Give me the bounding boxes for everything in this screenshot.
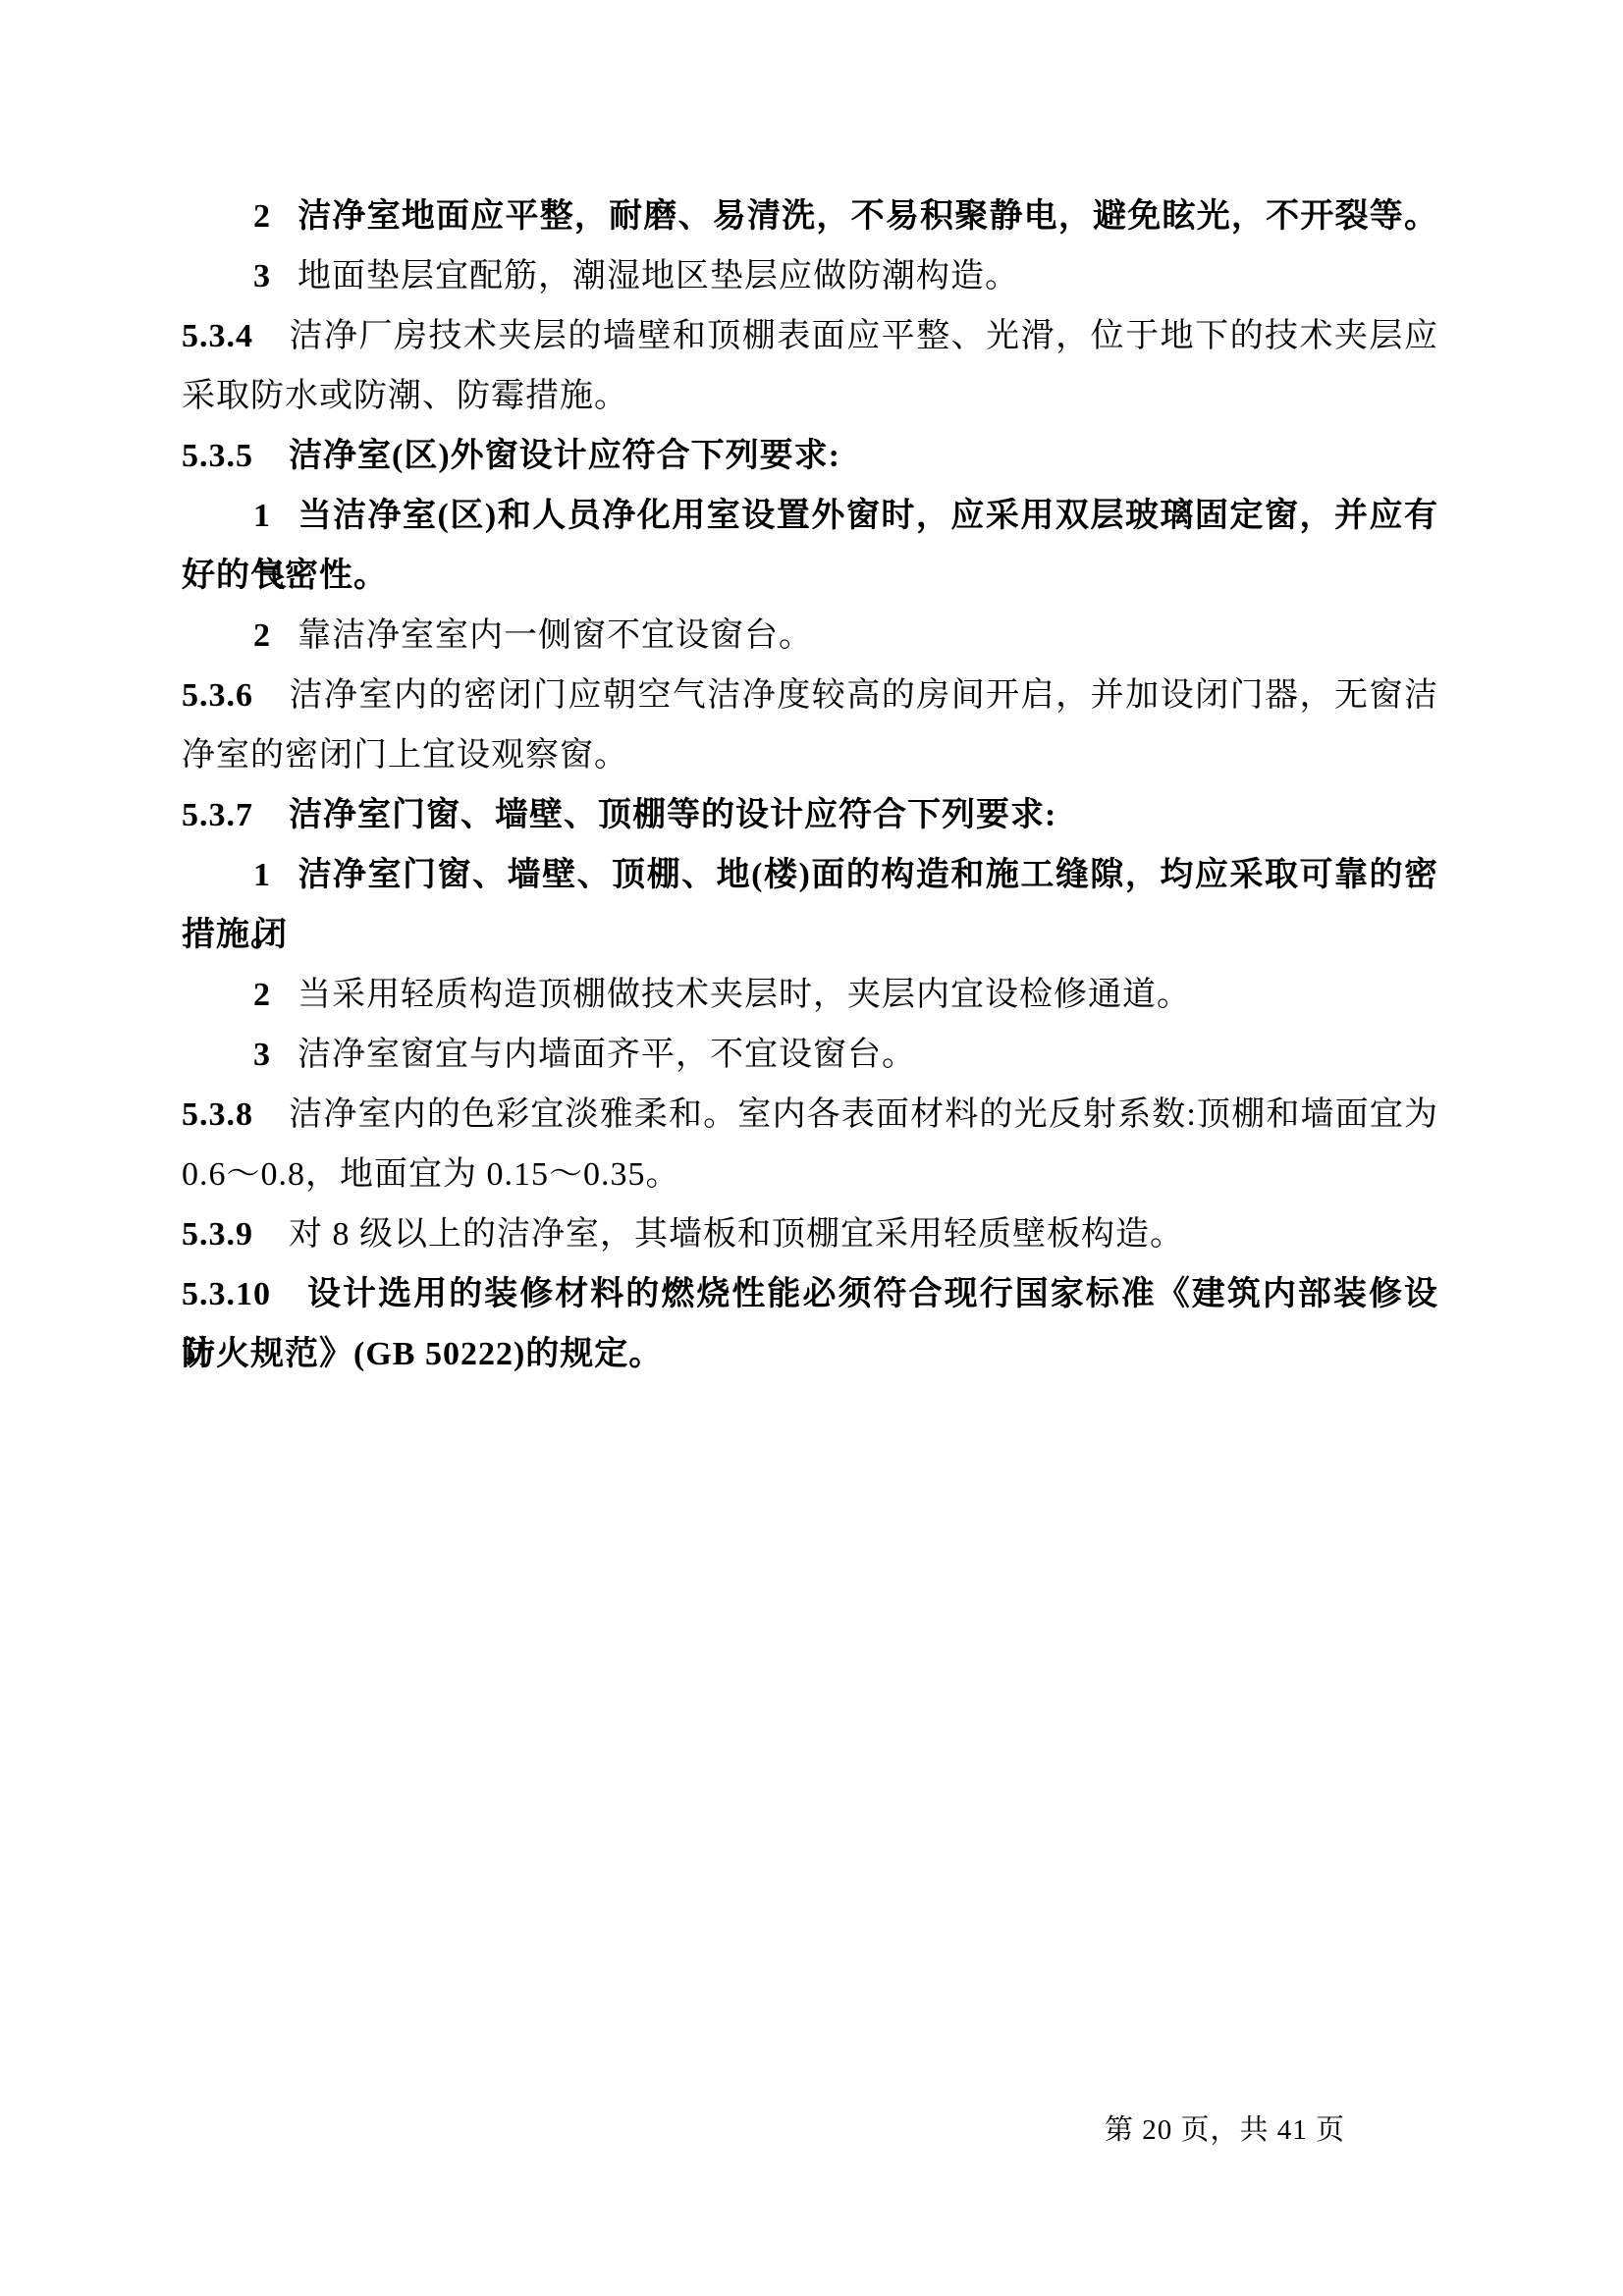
item-number: 3 (253, 258, 271, 294)
text-line: 措施。 (182, 905, 1438, 965)
item-number: 2 (253, 617, 271, 654)
text-line: 5.3.8洁净室内的色彩宜淡雅柔和。室内各表面材料的光反射系数:顶棚和墙面宜为 (182, 1085, 1438, 1145)
text-line: 5.3.7洁净室门窗、墙壁、顶棚等的设计应符合下列要求: (182, 785, 1438, 845)
clause-text: 措施。 (182, 917, 285, 953)
item-number: 2 (253, 198, 271, 235)
clause-text: 洁净室窗宜与内墙面齐平，不宜设窗台。 (298, 1037, 916, 1073)
section-number: 5.3.8 (182, 1096, 253, 1133)
section-number: 5.3.7 (182, 797, 253, 833)
section-number: 5.3.5 (182, 438, 253, 474)
text-line: 5.3.9对 8 级以上的洁净室，其墙板和顶棚宜采用轻质壁板构造。 (182, 1204, 1438, 1264)
document-body: 2洁净室地面应平整，耐磨、易清洗，不易积聚静电，避免眩光，不开裂等。 3地面垫层… (182, 187, 1438, 1384)
text-line: 2当采用轻质构造顶棚做技术夹层时，夹层内宜设检修通道。 (182, 965, 1438, 1025)
clause-text: 净室的密闭门上宜设观察窗。 (182, 737, 628, 774)
clause-text: 采取防水或防潮、防霉措施。 (182, 378, 628, 414)
text-line: 采取防水或防潮、防霉措施。 (182, 366, 1438, 426)
clause-text: 洁净室地面应平整，耐磨、易清洗，不易积聚静电，避免眩光，不开裂等。 (298, 198, 1438, 235)
clause-text: 当采用轻质构造顶棚做技术夹层时，夹层内宜设检修通道。 (298, 977, 1191, 1013)
item-number: 1 (253, 498, 271, 534)
text-line: 净室的密闭门上宜设观察窗。 (182, 725, 1438, 785)
text-line: 5.3.4洁净厂房技术夹层的墙壁和顶棚表面应平整、光滑，位于地下的技术夹层应 (182, 306, 1438, 366)
clause-text: 洁净室门窗、墙壁、顶棚等的设计应符合下列要求: (289, 797, 1056, 833)
clause-text: 洁净厂房技术夹层的墙壁和顶棚表面应平整、光滑，位于地下的技术夹层应 (289, 318, 1438, 354)
text-line: 0.6～0.8，地面宜为 0.15～0.35。 (182, 1145, 1438, 1204)
clause-text: 好的气密性。 (182, 558, 388, 594)
clause-text: 0.6～0.8，地面宜为 0.15～0.35。 (182, 1156, 680, 1193)
item-number: 3 (253, 1037, 271, 1073)
text-line: 防火规范》(GB 50222)的规定。 (182, 1324, 1438, 1384)
clause-text: 对 8 级以上的洁净室，其墙板和顶棚宜采用轻质壁板构造。 (289, 1216, 1184, 1253)
text-line: 2洁净室地面应平整，耐磨、易清洗，不易积聚静电，避免眩光，不开裂等。 (182, 187, 1438, 246)
document-page: { "doc": { "lines": [ { "num": "2", "tex… (0, 0, 1623, 2296)
text-line: 1当洁净室(区)和人员净化用室设置外窗时，应采用双层玻璃固定窗，并应有良 (182, 486, 1438, 546)
text-line: 3地面垫层宜配筋，潮湿地区垫层应做防潮构造。 (182, 246, 1438, 306)
section-number: 5.3.6 (182, 677, 253, 714)
clause-text: 洁净室内的色彩宜淡雅柔和。室内各表面材料的光反射系数:顶棚和墙面宜为 (289, 1096, 1438, 1133)
item-number: 2 (253, 977, 271, 1013)
text-line: 2靠洁净室室内一侧窗不宜设窗台。 (182, 606, 1438, 666)
clause-text: 地面垫层宜配筋，潮湿地区垫层应做防潮构造。 (298, 258, 1019, 294)
clause-text: 洁净室内的密闭门应朝空气洁净度较高的房间开启，并加设闭门器，无窗洁 (289, 677, 1438, 714)
page-footer: 第 20 页，共 41 页 (1105, 2108, 1345, 2153)
section-number: 5.3.4 (182, 318, 253, 354)
text-line: 5.3.5洁净室(区)外窗设计应符合下列要求: (182, 426, 1438, 486)
text-line: 5.3.10设计选用的装修材料的燃烧性能必须符合现行国家标准《建筑内部装修设计 (182, 1264, 1438, 1324)
section-number: 5.3.10 (182, 1276, 271, 1312)
clause-text: 靠洁净室室内一侧窗不宜设窗台。 (298, 617, 813, 654)
text-line: 3洁净室窗宜与内墙面齐平，不宜设窗台。 (182, 1025, 1438, 1085)
clause-text: 防火规范》(GB 50222)的规定。 (182, 1336, 663, 1372)
text-line: 5.3.6洁净室内的密闭门应朝空气洁净度较高的房间开启，并加设闭门器，无窗洁 (182, 666, 1438, 725)
text-line: 好的气密性。 (182, 546, 1438, 606)
section-number: 5.3.9 (182, 1216, 253, 1253)
item-number: 1 (253, 857, 271, 893)
text-line: 1洁净室门窗、墙壁、顶棚、地(楼)面的构造和施工缝隙，均应采取可靠的密闭 (182, 845, 1438, 905)
clause-text: 洁净室(区)外窗设计应符合下列要求: (289, 438, 840, 474)
